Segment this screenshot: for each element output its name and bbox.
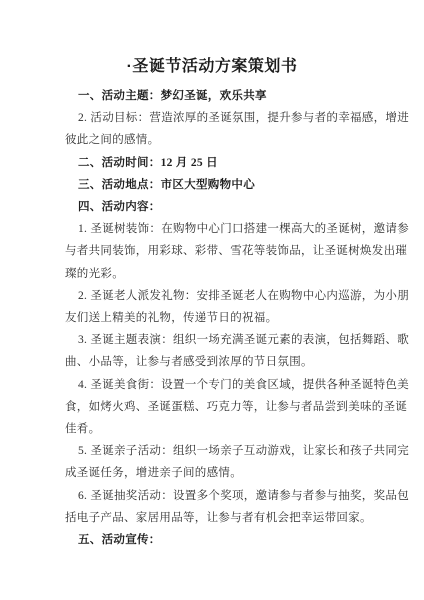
document-line: 3. 圣诞主题表演：组织一场充满圣诞元素的表演，包括舞蹈、歌 bbox=[65, 329, 418, 351]
document-line: 1. 圣诞树装饰：在购物中心门口搭建一棵高大的圣诞树，邀请参 bbox=[65, 218, 418, 240]
document-page: ·圣诞节活动方案策划书 一、活动主题：梦幻圣诞，欢乐共享 2. 活动目标：营造浓… bbox=[0, 0, 424, 600]
document-line: 与者共同装饰，用彩球、彩带、雪花等装饰品，让圣诞树焕发出璀 bbox=[65, 240, 418, 262]
section-heading-activity-promotion: 五、活动宣传： bbox=[65, 529, 418, 551]
document-body: 一、活动主题：梦幻圣诞，欢乐共享 2. 活动目标：营造浓厚的圣诞氛围，提升参与者… bbox=[0, 85, 424, 551]
document-line: 成圣诞任务，增进亲子间的感情。 bbox=[65, 462, 418, 484]
document-line: 佳肴。 bbox=[65, 418, 418, 440]
section-heading-activity-location: 三、活动地点：市区大型购物中心 bbox=[65, 174, 418, 196]
section-heading-activity-time: 二、活动时间：12 月 25 日 bbox=[65, 152, 418, 174]
section-heading-activity-content: 四、活动内容： bbox=[65, 196, 418, 218]
document-line: 食，如烤火鸡、圣诞蛋糕、巧克力等，让参与者品尝到美味的圣诞 bbox=[65, 396, 418, 418]
document-line: 6. 圣诞抽奖活动：设置多个奖项，邀请参与者参与抽奖，奖品包 bbox=[65, 485, 418, 507]
document-line: 5. 圣诞亲子活动：组织一场亲子互动游戏，让家长和孩子共同完 bbox=[65, 440, 418, 462]
section-heading-activity-theme: 一、活动主题：梦幻圣诞，欢乐共享 bbox=[65, 85, 418, 107]
document-line: 曲、小品等，让参与者感受到浓厚的节日氛围。 bbox=[65, 351, 418, 373]
document-line: 括电子产品、家居用品等，让参与者有机会把幸运带回家。 bbox=[65, 507, 418, 529]
document-line: 彼此之间的感情。 bbox=[65, 129, 418, 151]
document-line: 璨的光彩。 bbox=[65, 263, 418, 285]
document-line: 友们送上精美的礼物，传递节日的祝福。 bbox=[65, 307, 418, 329]
document-line: 4. 圣诞美食街：设置一个专门的美食区域，提供各种圣诞特色美 bbox=[65, 374, 418, 396]
document-line: 2. 圣诞老人派发礼物：安排圣诞老人在购物中心内巡游，为小朋 bbox=[65, 285, 418, 307]
document-title: ·圣诞节活动方案策划书 bbox=[0, 0, 424, 77]
document-line: 2. 活动目标：营造浓厚的圣诞氛围，提升参与者的幸福感，增进 bbox=[65, 107, 418, 129]
